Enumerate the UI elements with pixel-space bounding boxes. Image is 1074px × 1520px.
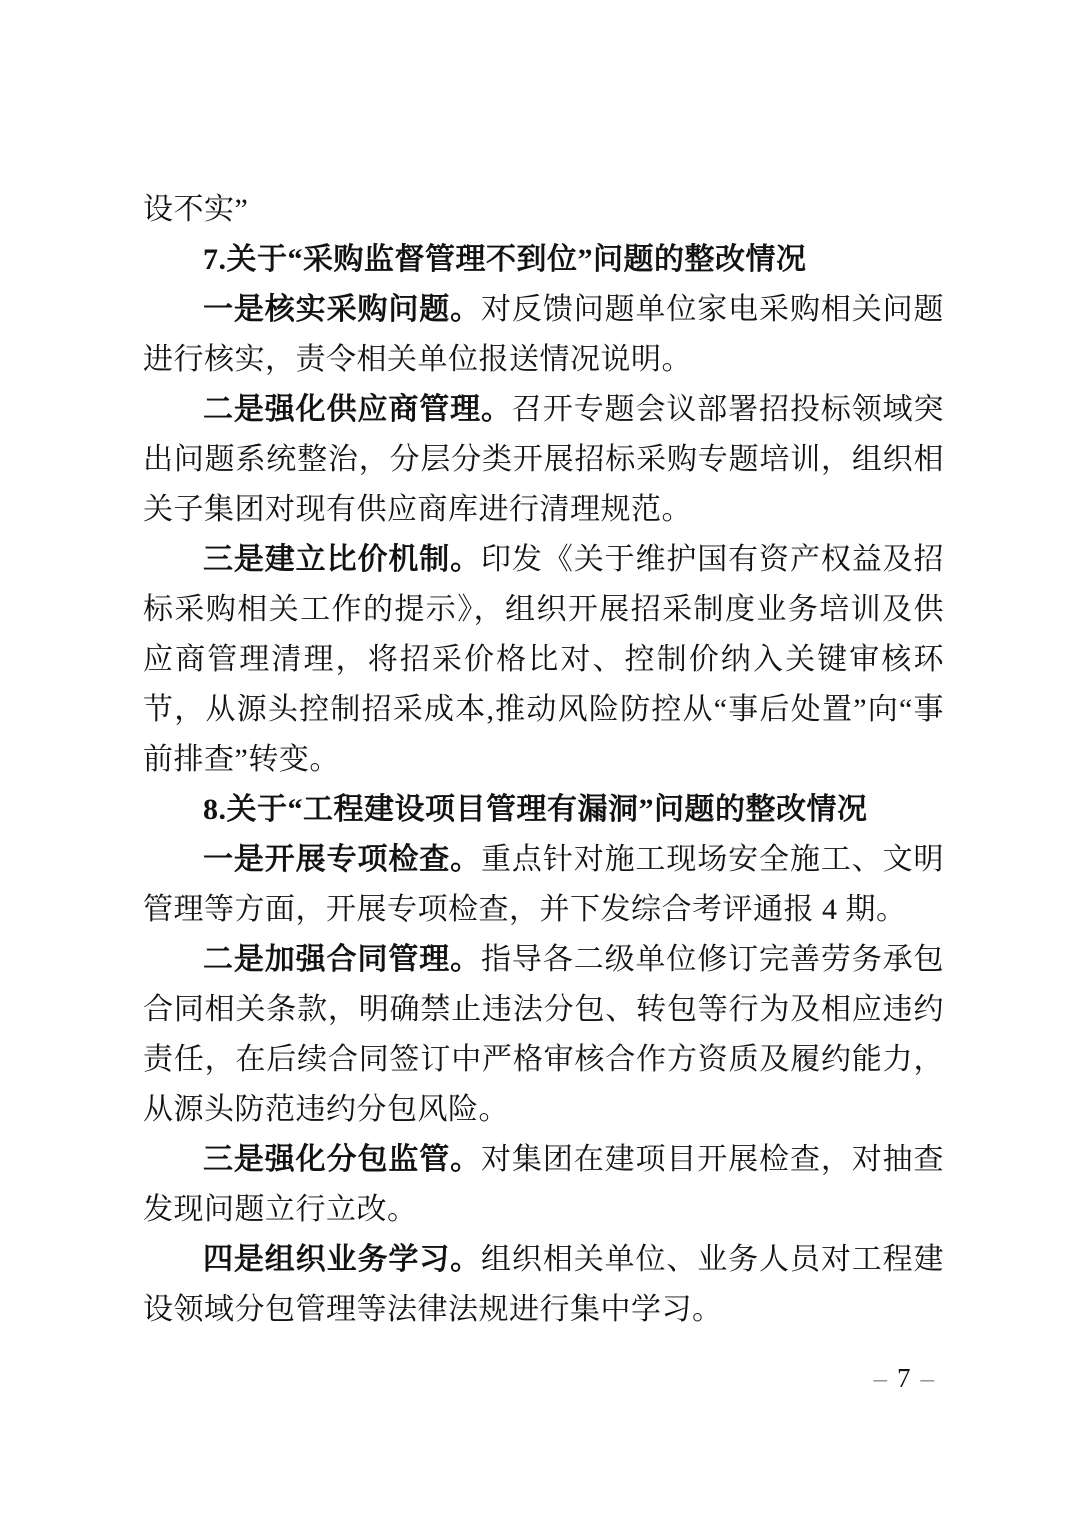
paragraph-lead: 二是加强合同管理。 xyxy=(203,943,481,976)
paragraph: 四是组织业务学习。组织相关单位、业务人员对工程建设领域分包管理等法律法规进行集中… xyxy=(143,1235,944,1335)
paragraph: 二是强化供应商管理。召开专题会议部署招投标领域突出问题系统整治，分层分类开展招标… xyxy=(143,385,944,535)
paragraph-lead: 一是核实采购问题。 xyxy=(203,293,481,326)
paragraph-text: 印发《关于维护国有资产权益及招标采购相关工作的提示》，组织开展招采制度业务培训及… xyxy=(143,543,944,776)
paragraph-lead: 四是组织业务学习。 xyxy=(203,1243,481,1276)
paragraph-lead: 二是强化供应商管理。 xyxy=(203,393,512,426)
paragraph-lead: 三是建立比价机制。 xyxy=(203,543,481,576)
paragraph: 二是加强合同管理。指导各二级单位修订完善劳务承包合同相关条款，明确禁止违法分包、… xyxy=(143,935,944,1135)
section-heading-7: 7.关于“采购监督管理不到位”问题的整改情况 xyxy=(143,235,944,285)
paragraph: 三是建立比价机制。印发《关于维护国有资产权益及招标采购相关工作的提示》，组织开展… xyxy=(143,535,944,785)
paragraph: 三是强化分包监管。对集团在建项目开展检查，对抽查发现问题立行立改。 xyxy=(143,1135,944,1235)
page-number: 7 xyxy=(897,1363,911,1393)
footer-dash-left: – xyxy=(874,1363,888,1393)
page-footer: –7– xyxy=(874,1362,935,1394)
paragraph: 一是开展专项检查。重点针对施工现场安全施工、文明管理等方面，开展专项检查，并下发… xyxy=(143,835,944,935)
document-page: 设不实” 7.关于“采购监督管理不到位”问题的整改情况 一是核实采购问题。对反馈… xyxy=(0,0,1074,1520)
section-heading-8: 8.关于“工程建设项目管理有漏洞”问题的整改情况 xyxy=(143,785,944,835)
footer-dash-right: – xyxy=(921,1363,935,1393)
paragraph-lead: 三是强化分包监管。 xyxy=(203,1143,481,1176)
paragraph: 一是核实采购问题。对反馈问题单位家电采购相关问题进行核实，责令相关单位报送情况说… xyxy=(143,285,944,385)
paragraph-continuation: 设不实” xyxy=(143,185,944,235)
document-body: 设不实” 7.关于“采购监督管理不到位”问题的整改情况 一是核实采购问题。对反馈… xyxy=(143,185,944,1335)
paragraph-lead: 一是开展专项检查。 xyxy=(203,843,481,876)
